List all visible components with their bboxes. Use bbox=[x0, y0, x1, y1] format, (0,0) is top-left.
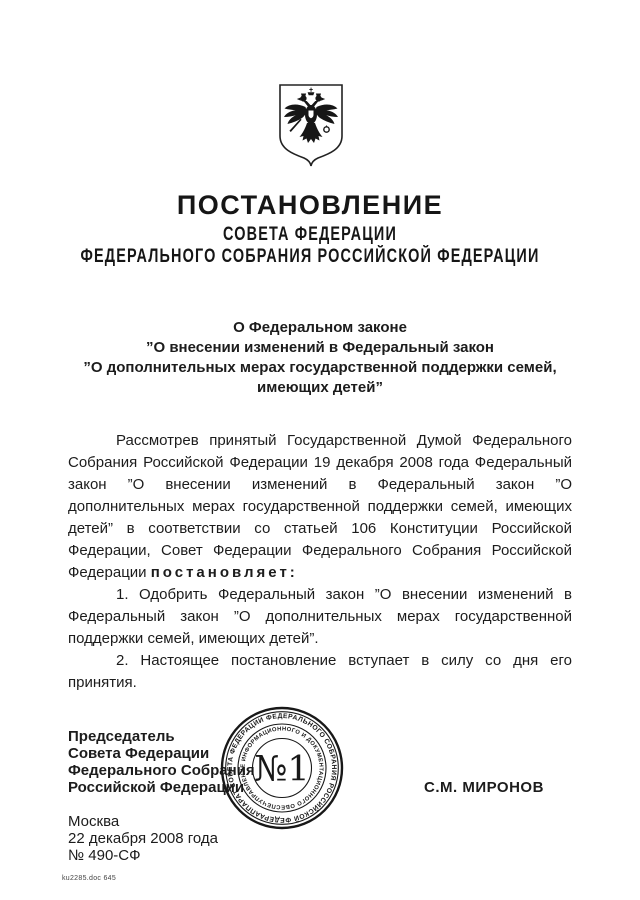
subject-line: ”О внесении изменений в Федеральный зако… bbox=[40, 338, 600, 358]
doc-number: № 490-СФ bbox=[68, 847, 218, 864]
resolves-emphasis: постановляет: bbox=[151, 564, 298, 581]
org-name-line-1: СОВЕТА ФЕДЕРАЦИИ bbox=[74, 224, 545, 246]
document-body: Рассмотрев принятый Государственной Думо… bbox=[68, 430, 572, 694]
footer-file-code: ku2285.doc 645 bbox=[62, 875, 116, 882]
doc-type-title: ПОСТАНОВЛЕНИЕ bbox=[0, 189, 620, 221]
document-page: ПОСТАНОВЛЕНИЕ СОВЕТА ФЕДЕРАЦИИ ФЕДЕРАЛЬН… bbox=[0, 0, 640, 900]
resolution-item-1: 1. Одобрить Федеральный закон ”О внесени… bbox=[68, 584, 572, 650]
subject-title: О Федеральном законе ”О внесении изменен… bbox=[40, 318, 600, 398]
subject-line: О Федеральном законе bbox=[40, 318, 600, 338]
subject-line: имеющих детей” bbox=[40, 378, 600, 398]
place-date-block: Москва 22 декабря 2008 года № 490-СФ bbox=[68, 813, 218, 864]
stamp-number: №1 bbox=[254, 750, 309, 790]
place-city: Москва bbox=[68, 813, 218, 830]
preamble-text: Рассмотрев принятый Государственной Думо… bbox=[68, 432, 572, 581]
preamble-paragraph: Рассмотрев принятый Государственной Думо… bbox=[68, 430, 572, 584]
coat-of-arms-icon bbox=[277, 83, 345, 168]
official-stamp-icon: АППАРАТ СОВЕТА ФЕДЕРАЦИИ ФЕДЕРАЛЬНОГО СО… bbox=[217, 703, 347, 833]
doc-date: 22 декабря 2008 года bbox=[68, 830, 218, 847]
resolution-item-2: 2. Настоящее постановление вступает в си… bbox=[68, 650, 572, 694]
subject-line: ”О дополнительных мерах государственной … bbox=[40, 358, 600, 378]
org-name-line-2: ФЕДЕРАЛЬНОГО СОБРАНИЯ РОССИЙСКОЙ ФЕДЕРАЦ… bbox=[74, 246, 545, 268]
letterhead: ПОСТАНОВЛЕНИЕ СОВЕТА ФЕДЕРАЦИИ ФЕДЕРАЛЬН… bbox=[0, 189, 620, 268]
